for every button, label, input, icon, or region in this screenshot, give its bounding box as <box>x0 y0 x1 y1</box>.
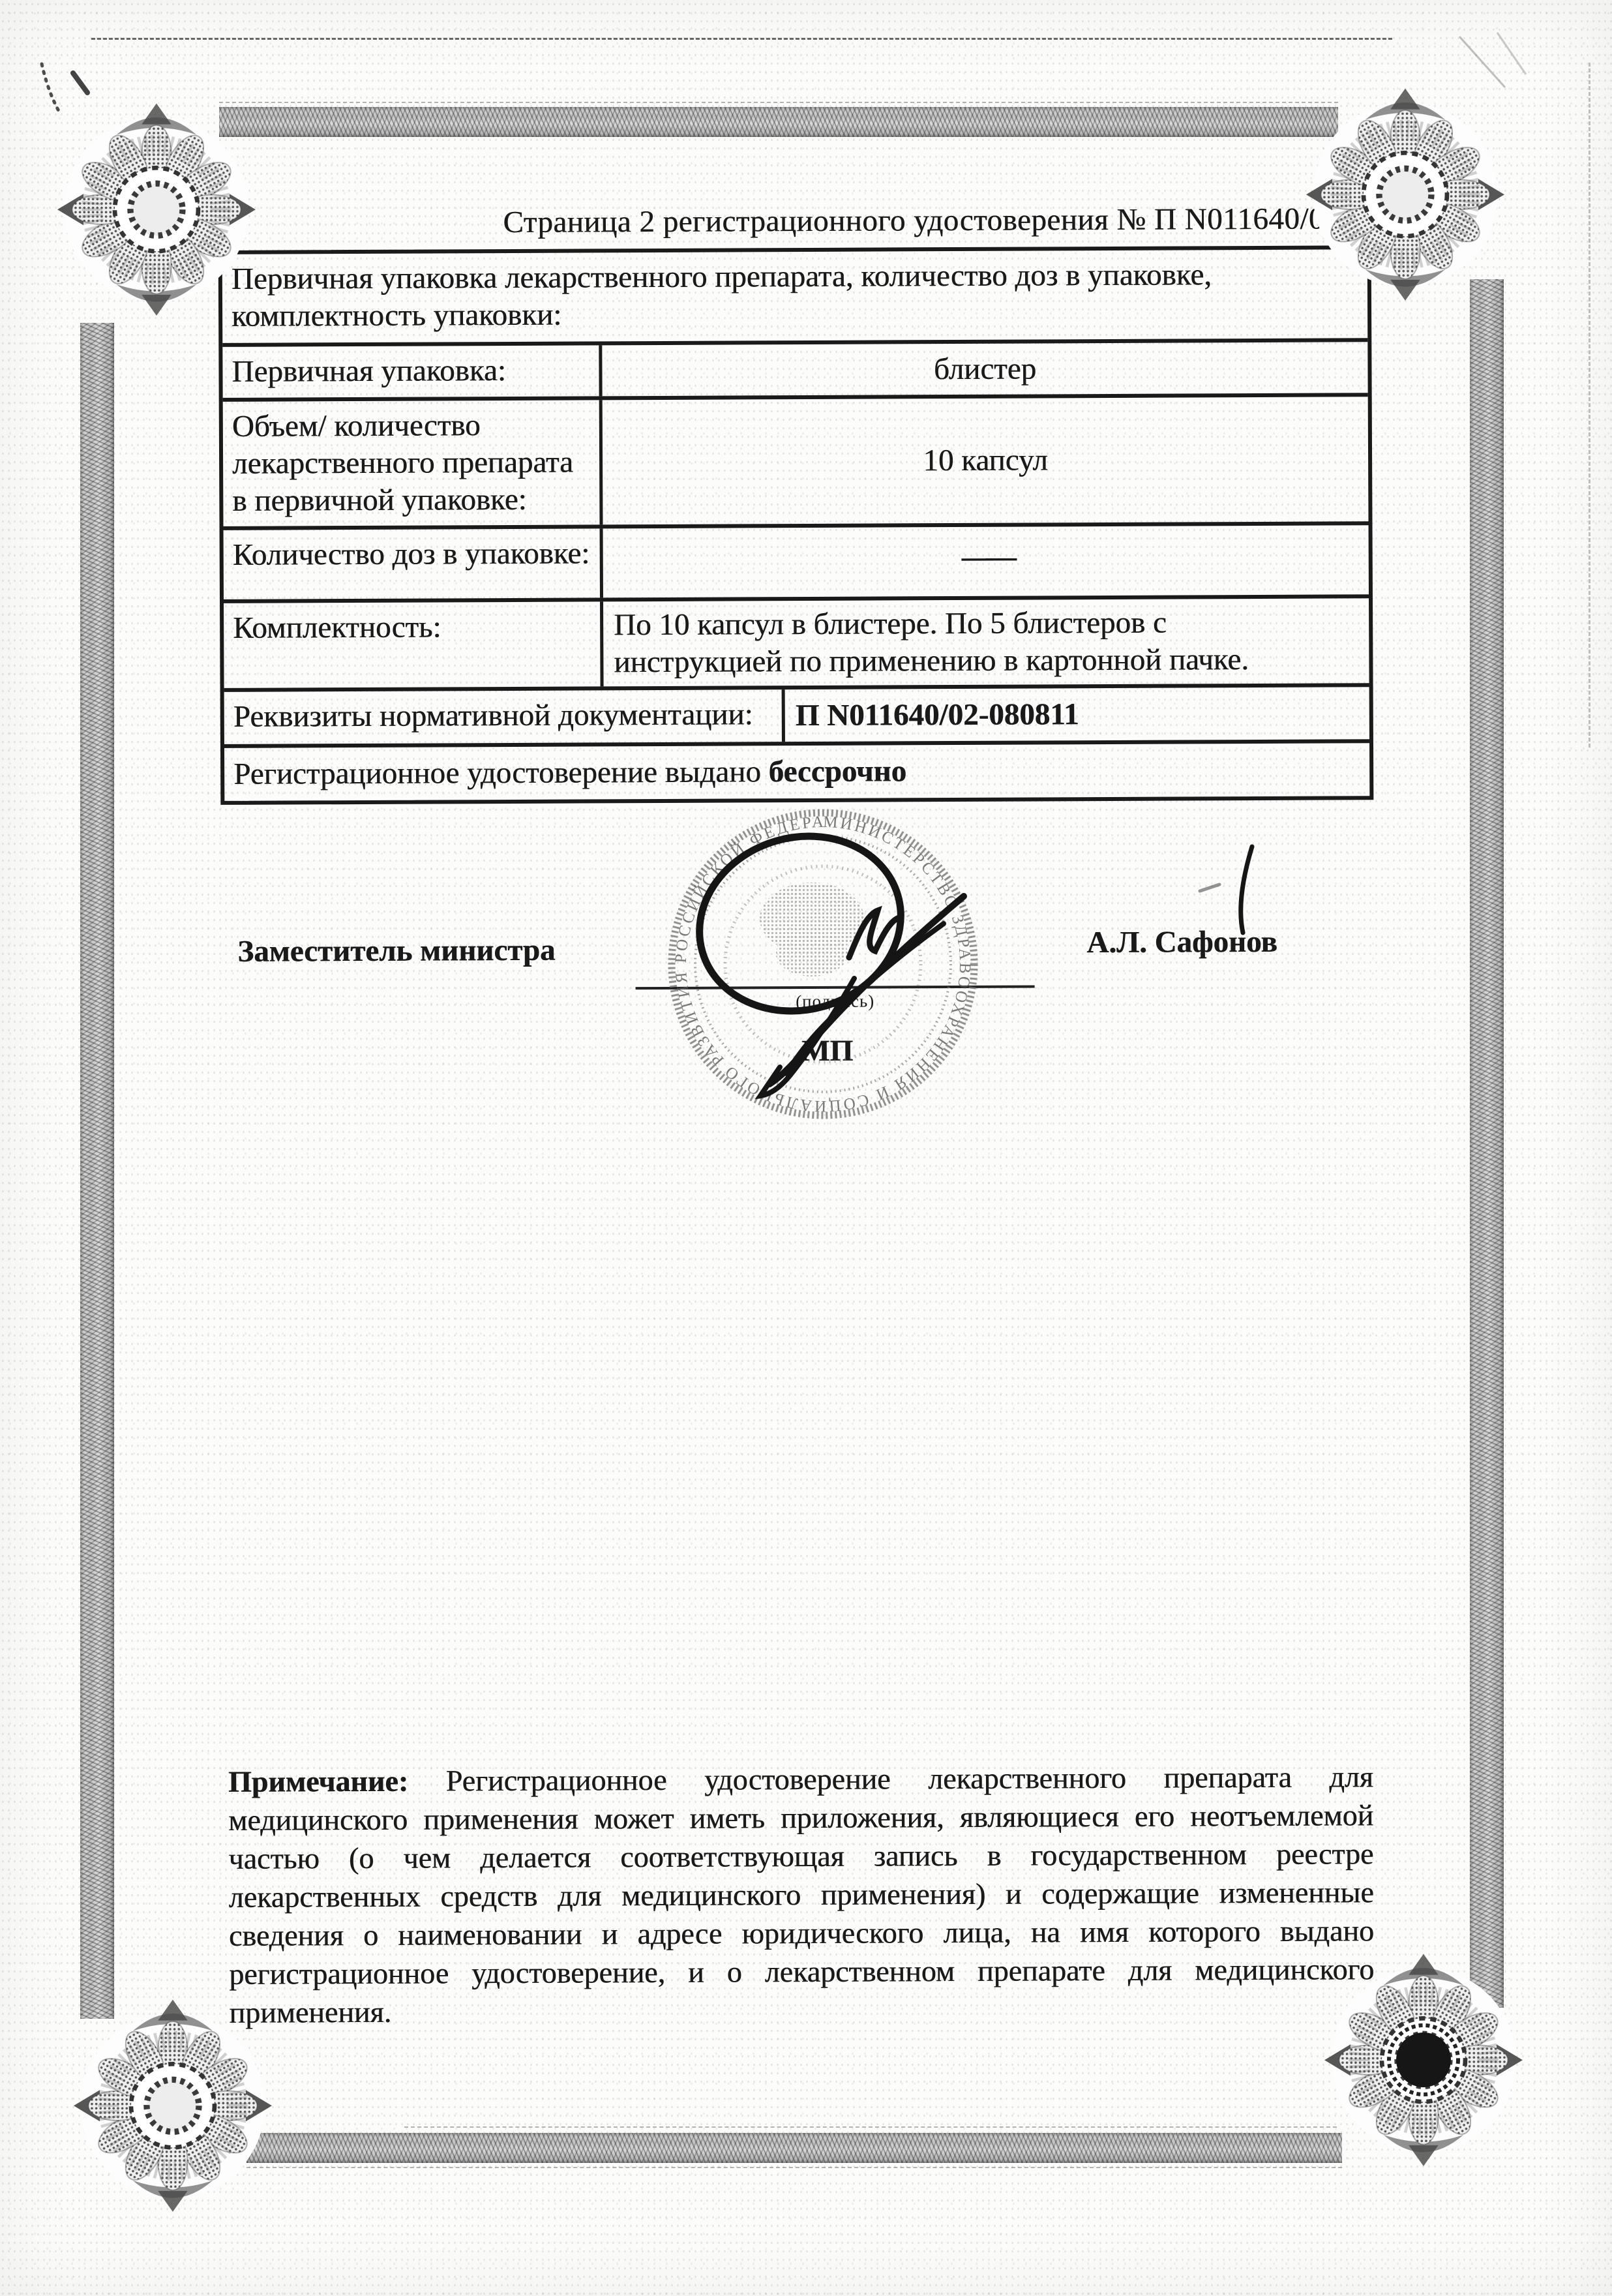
scanned-certificate-page: Страница 2 регистрационного удостоверени… <box>0 0 1612 2296</box>
validity-prefix: Регистрационное удостоверение выдано <box>233 755 769 791</box>
table-caption-row: Первичная упаковка лекарственного препар… <box>222 249 1368 343</box>
note-line: сведения о наименовании и адресе юридиче… <box>229 1911 1374 1955</box>
signer-name: А.Л. Сафонов <box>1086 924 1277 960</box>
note-line: применения. <box>229 1988 1374 2032</box>
table-validity-row: Регистрационное удостоверение выдано бес… <box>224 739 1369 801</box>
note-line: лекарственных средств для медицинского п… <box>229 1873 1374 1916</box>
row-value: По 10 капсул в блистере. По 5 блистеров … <box>603 598 1369 686</box>
table-row-primary-package: Первичная упаковка: блистер <box>222 338 1367 398</box>
row-value: 10 капсул <box>603 397 1369 524</box>
validity-term: бессрочно <box>768 754 906 789</box>
signer-post: Заместитель министра <box>237 933 555 969</box>
note-line: регистрационное удостоверение, и о лекар… <box>229 1950 1374 1993</box>
note-text: Регистрационное удостоверение лекарствен… <box>408 1760 1373 1797</box>
validity-text: Регистрационное удостоверение выдано бес… <box>224 743 1369 801</box>
note-label: Примечание: <box>228 1764 408 1798</box>
note-line: частью (о чем делается соответствующая з… <box>228 1834 1373 1878</box>
table-caption: Первичная упаковка лекарственного препар… <box>222 249 1368 343</box>
row-label: Первичная упаковка: <box>222 345 602 398</box>
table-row-doses: Количество доз в упаковке: —— <box>224 521 1369 599</box>
note-line: медицинского применения может иметь прил… <box>228 1796 1373 1839</box>
row-label: Количество доз в упаковке: <box>224 528 603 599</box>
packaging-table: Первичная упаковка лекарственного препар… <box>218 245 1374 805</box>
signature-line <box>636 985 1035 989</box>
signature-line-caption: (подпись) <box>636 990 1035 1012</box>
note-paragraph: Примечание: Регистрационное удостоверени… <box>228 1757 1375 2032</box>
row-label: Объем/ количество лекарственного препара… <box>223 400 603 526</box>
seal-place-label: МП <box>801 1033 853 1068</box>
row-value: П N011640/02-080811 <box>785 687 1369 742</box>
table-row-completeness: Комплектность: По 10 капсул в блистере. … <box>224 594 1369 688</box>
page-title: Страница 2 регистрационного удостоверени… <box>503 201 1340 240</box>
table-row-volume: Объем/ количество лекарственного препара… <box>223 393 1369 526</box>
document-content: Страница 2 регистрационного удостоверени… <box>0 0 1612 2296</box>
note-line: Примечание: Регистрационное удостоверени… <box>228 1757 1373 1801</box>
row-label: Комплектность: <box>224 601 604 688</box>
row-value-dash: —— <box>603 525 1369 597</box>
row-label: Реквизиты нормативной документации: <box>224 689 785 744</box>
table-row-normative-docs: Реквизиты нормативной документации: П N0… <box>224 683 1369 744</box>
row-value: блистер <box>602 342 1367 396</box>
